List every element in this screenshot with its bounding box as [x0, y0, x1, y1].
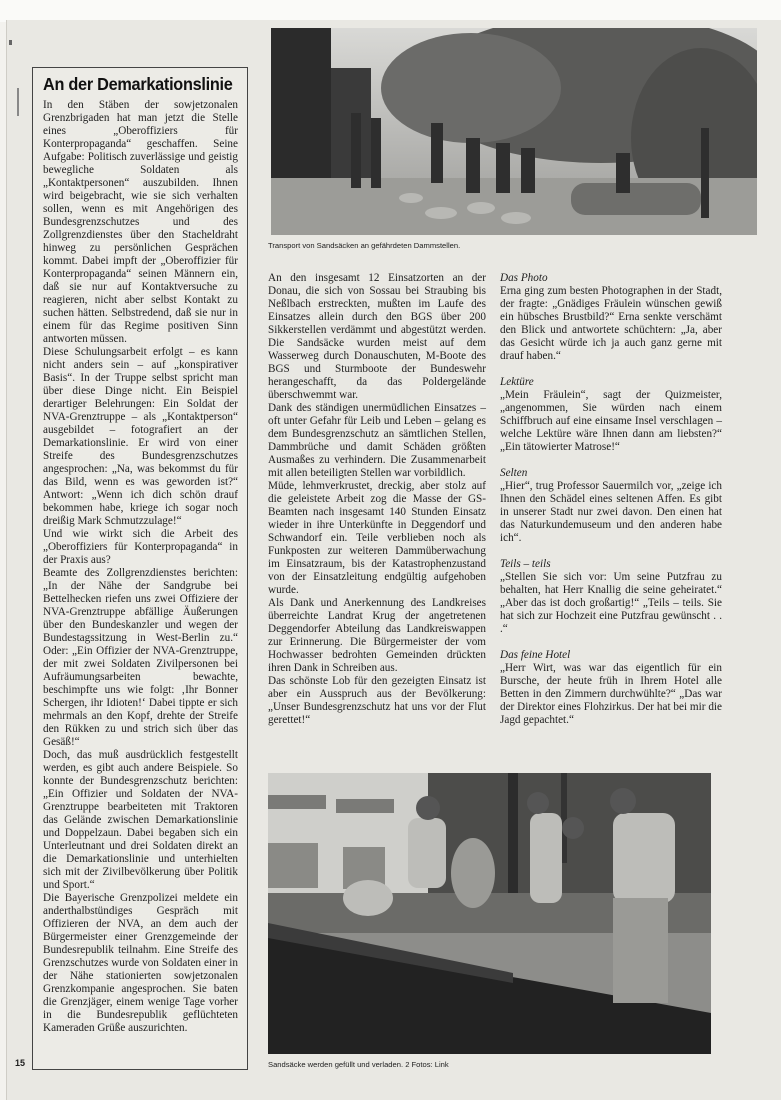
- joke-title: Das Photo: [500, 272, 722, 285]
- joke-text: „Mein Fräulein“, sagt der Quizmeister, „…: [500, 389, 722, 454]
- paragraph: Müde, lehmverkrustet, dreckig, aber stol…: [268, 480, 486, 597]
- margin-mark: [9, 40, 12, 45]
- bottom-photo-caption: Sandsäcke werden gefüllt und verladen. 2…: [268, 1060, 449, 1069]
- joke-item: Teils – teils „Stellen Sie sich vor: Um …: [500, 558, 722, 636]
- sandbag-transport-photo: [271, 28, 757, 235]
- paragraph: Doch, das muß ausdrücklich festgestellt …: [43, 749, 238, 892]
- sidebar-article-title: An der Demarkationslinie: [43, 74, 224, 95]
- joke-text: „Stellen Sie sich vor: Um seine Putzfrau…: [500, 571, 722, 636]
- paragraph: Beamte des Zollgrenzdienstes berichten: …: [43, 567, 238, 749]
- jokes-column: Das Photo Erna ging zum besten Photograp…: [500, 272, 722, 740]
- joke-item: Das feine Hotel „Herr Wirt, was war das …: [500, 649, 722, 727]
- joke-title: Teils – teils: [500, 558, 722, 571]
- joke-text: „Herr Wirt, was war das eigentlich für e…: [500, 662, 722, 727]
- joke-text: „Hier“, trug Professor Sauermilch vor, „…: [500, 480, 722, 545]
- sandbag-loading-photo: [268, 773, 711, 1054]
- top-photo-caption: Transport von Sandsäcken an gefährdeten …: [268, 241, 460, 250]
- joke-text: Erna ging zum besten Photographen in der…: [500, 285, 722, 363]
- main-article-body: An den insgesamt 12 Einsatzorten an der …: [268, 272, 486, 727]
- paragraph: In den Stäben der sowjetzonalen Grenzbri…: [43, 99, 238, 346]
- page-top-margin: [0, 0, 781, 22]
- sidebar-article-box: An der Demarkationslinie In den Stäben d…: [32, 67, 248, 1070]
- margin-mark: [17, 88, 19, 116]
- paragraph: Die Bayerische Grenzpolizei meldete ein …: [43, 892, 238, 1035]
- paragraph: Als Dank und Anerkennung des Landkreises…: [268, 597, 486, 675]
- page-number: 15: [15, 1058, 25, 1068]
- joke-title: Selten: [500, 467, 722, 480]
- paragraph: An den insgesamt 12 Einsatzorten an der …: [268, 272, 486, 402]
- paragraph: Dank des ständigen unermüdlichen Einsatz…: [268, 402, 486, 480]
- joke-item: Selten „Hier“, trug Professor Sauermilch…: [500, 467, 722, 545]
- top-photo: [271, 28, 757, 235]
- joke-item: Lektüre „Mein Fräulein“, sagt der Quizme…: [500, 376, 722, 454]
- joke-title: Lektüre: [500, 376, 722, 389]
- joke-item: Das Photo Erna ging zum besten Photograp…: [500, 272, 722, 363]
- joke-title: Das feine Hotel: [500, 649, 722, 662]
- sidebar-article-body: In den Stäben der sowjetzonalen Grenzbri…: [43, 99, 238, 1035]
- bottom-photo: [268, 773, 711, 1054]
- paragraph: Das schönste Lob für den gezeigten Einsa…: [268, 675, 486, 727]
- paragraph: Und wie wirkt sich die Arbeit des „Obero…: [43, 528, 238, 567]
- paragraph: Diese Schulungsarbeit erfolgt – es kann …: [43, 346, 238, 528]
